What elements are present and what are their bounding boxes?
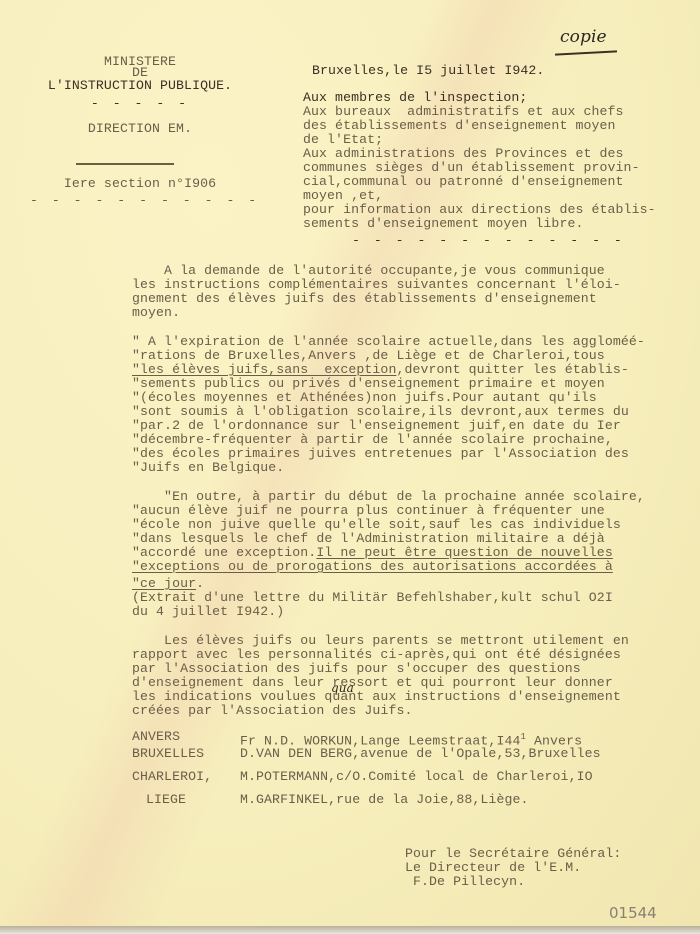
source-citation: du 4 juillet I942.) [132,605,284,619]
contact-city: CHARLEROI, [132,770,212,784]
section-dashes: - - - - - - - - - - - [30,194,250,208]
direction-label: DIRECTION EM. [40,122,240,136]
contact-city: ANVERS [132,730,180,744]
ministry-line-3: L'INSTRUCTION PUBLIQUE. [30,79,250,93]
paragraph-line: "Juifs en Belgique. [132,461,284,475]
header-rule [76,163,174,165]
date-line: Bruxelles,le I5 juillet I942. [312,64,544,78]
underlined-phrase: Il ne peut être question de nouvelles [316,545,613,560]
contact-city: BRUXELLES [132,747,204,761]
paragraph-line: créées par l'Association des Juifs. [132,704,412,718]
signature-line: F.De Pillecyn. [405,875,525,889]
underlined-phrase: "les élèves juifs,sans exception [132,362,396,377]
paragraph-text: ,devront quitter les établis- [396,362,628,377]
contact-city: LIEGE [146,793,186,807]
paragraph-line: moyen. [132,306,180,320]
handwritten-correction: qua [331,681,354,695]
header-dashes: - - - - - [40,97,240,111]
page-edge [0,926,700,934]
underlined-phrase: "ce jour [132,576,196,591]
contact-detail: M.POTERMANN,c/O.Comité local de Charlero… [240,770,593,784]
paragraph-line: gnement des élèves juifs des établisseme… [132,292,597,306]
paragraph-text: . [196,576,204,591]
handwritten-copie-annotation: copie [560,30,607,44]
contact-detail: D.VAN DEN BERG,avenue de l'Opale,53,Brux… [240,747,601,761]
underlined-phrase: "exceptions ou de prorogations des autor… [132,560,613,574]
section-number: Iere section n°I906 [30,177,250,191]
recipient-line: sements d'enseignement moyen libre. [303,217,583,231]
paragraph-text: "accordé une exception. [132,545,316,560]
contact-detail: M.GARFINKEL,rue de la Joie,88,Liège. [240,793,529,807]
recipients-dashes: - - - - - - - - - - - - - [352,234,625,248]
archive-number: 01544 [609,904,657,922]
